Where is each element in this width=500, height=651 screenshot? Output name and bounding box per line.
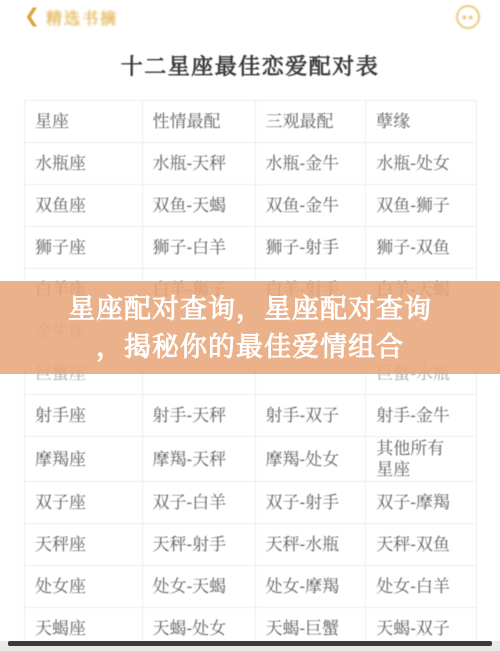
table-cell: 狮子-白羊 bbox=[142, 227, 255, 269]
table-row: 水瓶座水瓶-天秤水瓶-金牛水瓶-处女 bbox=[25, 143, 477, 185]
table-cell: 处女-摩羯 bbox=[255, 566, 366, 608]
table-cell: 天秤-双鱼 bbox=[366, 524, 477, 566]
table-cell: 天秤-水瓶 bbox=[255, 524, 366, 566]
table-cell: 狮子-双鱼 bbox=[366, 227, 477, 269]
table-cell: 双鱼座 bbox=[25, 185, 143, 227]
table-cell: 射手-金牛 bbox=[366, 395, 477, 437]
table-cell: 双鱼-狮子 bbox=[366, 185, 477, 227]
table-header-row: 星座性情最配三观最配孽缘 bbox=[25, 101, 477, 143]
menu-button[interactable]: ●● bbox=[456, 5, 480, 29]
table-row: 天秤座天秤-射手天秤-水瓶天秤-双鱼 bbox=[25, 524, 477, 566]
nav-bar: ❮ 精选书摘 ●● bbox=[0, 0, 500, 34]
table-cell: 双鱼-天蝎 bbox=[142, 185, 255, 227]
table-cell: 双子-摩羯 bbox=[366, 482, 477, 524]
table-row: 处女座处女-天蝎处女-摩羯处女-白羊 bbox=[25, 566, 477, 608]
table-cell: 双子座 bbox=[25, 482, 143, 524]
table-row: 摩羯座摩羯-天秤摩羯-处女其他所有星座 bbox=[25, 437, 477, 482]
circle-menu-icon: ●● bbox=[462, 13, 475, 22]
table-cell: 射手-双子 bbox=[255, 395, 366, 437]
table-cell: 摩羯座 bbox=[25, 437, 143, 482]
table-cell: 摩羯-处女 bbox=[255, 437, 366, 482]
pairing-table-head: 星座性情最配三观最配孽缘 bbox=[25, 101, 477, 143]
table-row: 狮子座狮子-白羊狮子-射手狮子-双鱼 bbox=[25, 227, 477, 269]
table-cell: 水瓶-金牛 bbox=[255, 143, 366, 185]
table-cell: 天秤座 bbox=[25, 524, 143, 566]
table-header-cell: 孽缘 bbox=[366, 101, 477, 143]
table-cell: 处女座 bbox=[25, 566, 143, 608]
table-cell: 天秤-射手 bbox=[142, 524, 255, 566]
table-cell: 射手座 bbox=[25, 395, 143, 437]
promo-text-line2: ，揭秘你的最佳爱情组合 bbox=[96, 328, 404, 366]
home-indicator-bar bbox=[8, 641, 492, 646]
table-cell: 双子-射手 bbox=[255, 482, 366, 524]
table-cell: 双子-白羊 bbox=[142, 482, 255, 524]
table-row: 双子座双子-白羊双子-射手双子-摩羯 bbox=[25, 482, 477, 524]
back-button[interactable]: ❮ bbox=[24, 4, 48, 30]
table-cell: 射手-天秤 bbox=[142, 395, 255, 437]
app-screen: ❮ 精选书摘 ●● 十二星座最佳恋爱配对表 星座性情最配三观最配孽缘 水瓶座水瓶… bbox=[0, 0, 500, 651]
table-header-cell: 性情最配 bbox=[142, 101, 255, 143]
nav-title: 精选书摘 bbox=[46, 6, 118, 29]
pairing-table-body: 水瓶座水瓶-天秤水瓶-金牛水瓶-处女双鱼座双鱼-天蝎双鱼-金牛双鱼-狮子狮子座狮… bbox=[25, 143, 477, 650]
table-row: 射手座射手-天秤射手-双子射手-金牛 bbox=[25, 395, 477, 437]
table-cell: 摩羯-天秤 bbox=[142, 437, 255, 482]
table-cell: 水瓶-处女 bbox=[366, 143, 477, 185]
promo-text-line1: 星座配对查询，星座配对查询 bbox=[68, 290, 432, 328]
table-row: 双鱼座双鱼-天蝎双鱼-金牛双鱼-狮子 bbox=[25, 185, 477, 227]
table-cell: 其他所有星座 bbox=[366, 437, 477, 482]
pairing-table: 星座性情最配三观最配孽缘 水瓶座水瓶-天秤水瓶-金牛水瓶-处女双鱼座双鱼-天蝎双… bbox=[24, 100, 477, 650]
table-cell: 双鱼-金牛 bbox=[255, 185, 366, 227]
table-cell: 处女-白羊 bbox=[366, 566, 477, 608]
table-cell: 处女-天蝎 bbox=[142, 566, 255, 608]
promo-overlay-banner: 星座配对查询，星座配对查询 ，揭秘你的最佳爱情组合 bbox=[0, 281, 500, 374]
table-header-cell: 星座 bbox=[25, 101, 143, 143]
page-title: 十二星座最佳恋爱配对表 bbox=[0, 50, 500, 81]
table-cell: 狮子-射手 bbox=[255, 227, 366, 269]
table-cell: 水瓶-天秤 bbox=[142, 143, 255, 185]
table-cell: 狮子座 bbox=[25, 227, 143, 269]
table-header-cell: 三观最配 bbox=[255, 101, 366, 143]
table-cell: 水瓶座 bbox=[25, 143, 143, 185]
back-chevron-icon: ❮ bbox=[24, 6, 40, 27]
